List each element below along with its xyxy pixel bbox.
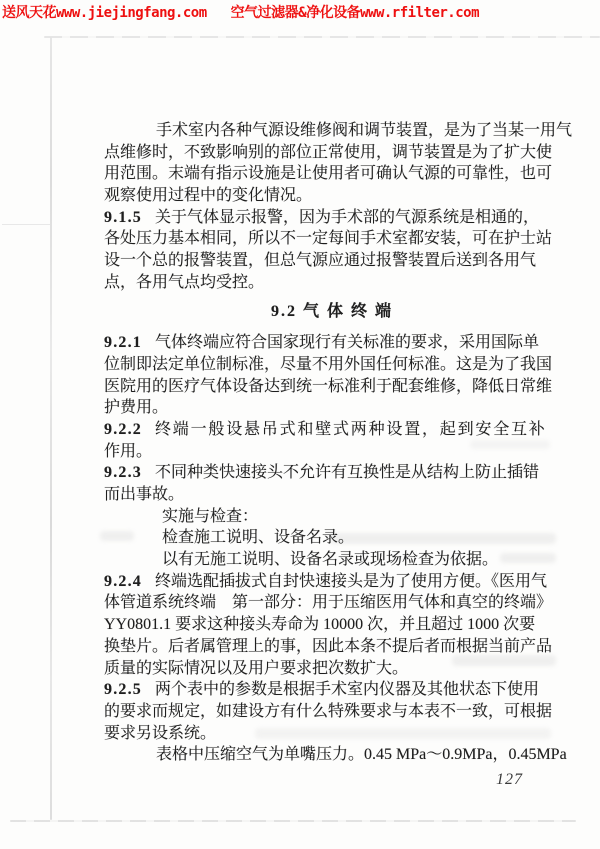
- text-line: 用范围。末端有指示设施是让使用者可确认气源的可靠性，也可: [104, 163, 560, 185]
- text-line: 9.2.2终端一般设悬吊式和壁式两种设置，起到安全互补: [104, 419, 560, 441]
- clause-number: 9.1.5: [104, 209, 142, 226]
- line-text: 用范围。末端有指示设施是让使用者可确认气源的可靠性，也可: [104, 165, 552, 182]
- text-line: 位制即法定单位制标准，尽量不用外国任何标准。这是为了我国: [104, 354, 560, 376]
- line-text: 检查施工说明、设备名录。: [162, 529, 354, 546]
- scan-top-edge-line: [44, 36, 600, 38]
- line-text: 终端一般设悬吊式和壁式两种设置，起到安全互补: [155, 421, 547, 438]
- clause-number: 9.2.1: [104, 334, 142, 351]
- line-text: 实施与检查：: [162, 508, 258, 525]
- line-text: 设一个总的报警装置，但总气源应通过报警装置后送到各用气: [104, 252, 536, 269]
- header-left-text: 送风天花www.jiejingfang.com: [2, 5, 207, 21]
- clause-paragraph: 9.2.3不同种类快速接头不允许有互换性是从结构上防止插错而出事故。: [104, 462, 560, 505]
- line-text: 位制即法定单位制标准，尽量不用外国任何标准。这是为了我国: [104, 356, 552, 373]
- line-text: 观察使用过程中的变化情况。: [104, 187, 312, 204]
- line-text: 点，各用气点均受控。: [104, 274, 264, 291]
- line-text: 的要求而规定，如建设方有什么特殊要求与本表不一致，可根据: [104, 703, 552, 720]
- text-line: 手术室内各种气源设维修阀和调节装置，是为了当某一用气: [104, 120, 560, 142]
- text-line: 点，各用气点均受控。: [104, 272, 560, 294]
- line-text: 体管道系统终端 第一部分：用于压缩医用气体和真空的终端》: [104, 594, 552, 611]
- line-text: 作用。: [104, 443, 152, 460]
- paragraph: 实施与检查：: [104, 506, 560, 528]
- line-text: 表格中压缩空气为单嘴压力。0.45 MPa～0.9MPa，0.45MPa: [156, 746, 567, 763]
- text-line: 9.2.3不同种类快速接头不允许有互换性是从结构上防止插错: [104, 462, 560, 484]
- clause-number: 9.2.5: [104, 681, 142, 698]
- scanned-document-page: 送风天花www.jiejingfang.com空气过滤器&净化设备www.rfi…: [0, 0, 600, 849]
- text-line: 要求另设系统。: [104, 723, 560, 745]
- clause-paragraph: 9.2.1气体终端应符合国家现行有关标准的要求，采用国际单位制即法定单位制标准，…: [104, 332, 560, 419]
- text-line: 检查施工说明、设备名录。: [104, 527, 560, 549]
- scan-left-tick-line: [2, 224, 50, 225]
- text-line: 以有无施工说明、设备名录或现场检查为依据。: [104, 549, 560, 571]
- text-line: YY0801.1 要求这种接头寿命为 10000 次，并且超过 1000 次要: [104, 614, 560, 636]
- text-line: 9.1.5关于气体显示报警，因为手术部的气源系统是相通的，: [104, 207, 560, 229]
- text-line: 作用。: [104, 441, 560, 463]
- text-line: 的要求而规定，如建设方有什么特殊要求与本表不一致，可根据: [104, 701, 560, 723]
- line-text: 质量的实际情况以及用户要求把次数扩大。: [104, 660, 408, 677]
- line-text: 换垫片。后者属管理上的事，因此本条不提后者而根据当前产品: [104, 638, 552, 655]
- line-text: 而出事故。: [104, 486, 184, 503]
- text-line: 9.2.1气体终端应符合国家现行有关标准的要求，采用国际单: [104, 332, 560, 354]
- text-line: 实施与检查：: [104, 506, 560, 528]
- text-line: 医院用的医疗气体设备达到统一标准利于配套维修，降低日常维: [104, 376, 560, 398]
- line-text: 不同种类快速接头不允许有互换性是从结构上防止插错: [155, 464, 539, 481]
- line-text: 要求另设系统。: [104, 725, 216, 742]
- text-line: 体管道系统终端 第一部分：用于压缩医用气体和真空的终端》: [104, 592, 560, 614]
- text-line: 护费用。: [104, 397, 560, 419]
- line-text: 手术室内各种气源设维修阀和调节装置，是为了当某一用气: [156, 122, 572, 139]
- paragraph: 手术室内各种气源设维修阀和调节装置，是为了当某一用气点维修时，不致影响别的部位正…: [104, 120, 560, 207]
- clause-paragraph: 9.2.5两个表中的参数是根据手术室内仪器及其他状态下使用的要求而规定，如建设方…: [104, 679, 560, 744]
- clause-number: 9.2.3: [104, 464, 142, 481]
- line-text: 关于气体显示报警，因为手术部的气源系统是相通的，: [155, 209, 539, 226]
- section-heading: 9.2 气 体 终 端: [104, 301, 560, 323]
- clause-number: 9.2.4: [104, 573, 142, 590]
- text-line: 观察使用过程中的变化情况。: [104, 185, 560, 207]
- paragraph: 表格中压缩空气为单嘴压力。0.45 MPa～0.9MPa，0.45MPa: [104, 744, 560, 766]
- text-line: 设一个总的报警装置，但总气源应通过报警装置后送到各用气: [104, 250, 560, 272]
- line-text: 气体终端应符合国家现行有关标准的要求，采用国际单: [155, 334, 539, 351]
- document-body: 手术室内各种气源设维修阀和调节装置，是为了当某一用气点维修时，不致影响别的部位正…: [104, 120, 560, 766]
- paragraph: 以有无施工说明、设备名录或现场检查为依据。: [104, 549, 560, 571]
- scan-bottom-edge-line: [10, 820, 576, 822]
- line-text: 各处压力基本相同，所以不一定每间手术室都安装，可在护士站: [104, 230, 552, 247]
- text-line: 质量的实际情况以及用户要求把次数扩大。: [104, 658, 560, 680]
- scan-left-crease-line: [50, 37, 52, 820]
- clause-number: 9.2.2: [104, 421, 142, 438]
- line-text: 点维修时，不致影响别的部位正常使用，调节装置是为了扩大使: [104, 144, 552, 161]
- clause-paragraph: 9.1.5关于气体显示报警，因为手术部的气源系统是相通的，各处压力基本相同，所以…: [104, 207, 560, 294]
- page-number: 127: [496, 771, 523, 789]
- clause-paragraph: 9.2.2终端一般设悬吊式和壁式两种设置，起到安全互补作用。: [104, 419, 560, 462]
- text-line: 各处压力基本相同，所以不一定每间手术室都安装，可在护士站: [104, 228, 560, 250]
- text-line: 换垫片。后者属管理上的事，因此本条不提后者而根据当前产品: [104, 636, 560, 658]
- text-line: 9.2.5两个表中的参数是根据手术室内仪器及其他状态下使用: [104, 679, 560, 701]
- header-right-text: 空气过滤器&净化设备www.rfilter.com: [231, 5, 479, 21]
- line-text: 两个表中的参数是根据手术室内仪器及其他状态下使用: [155, 681, 539, 698]
- line-text: YY0801.1 要求这种接头寿命为 10000 次，并且超过 1000 次要: [104, 616, 535, 633]
- line-text: 以有无施工说明、设备名录或现场检查为依据。: [162, 551, 498, 568]
- text-line: 而出事故。: [104, 484, 560, 506]
- line-text: 终端选配插拔式自封快速接头是为了使用方便。《医用气: [155, 573, 547, 590]
- line-text: 护费用。: [104, 399, 168, 416]
- text-line: 点维修时，不致影响别的部位正常使用，调节装置是为了扩大使: [104, 142, 560, 164]
- line-text: 医院用的医疗气体设备达到统一标准利于配套维修，降低日常维: [104, 378, 552, 395]
- text-line: 表格中压缩空气为单嘴压力。0.45 MPa～0.9MPa，0.45MPa: [104, 744, 560, 766]
- page-header: 送风天花www.jiejingfang.com空气过滤器&净化设备www.rfi…: [2, 2, 598, 22]
- paragraph: 检查施工说明、设备名录。: [104, 527, 560, 549]
- text-line: 9.2.4终端选配插拔式自封快速接头是为了使用方便。《医用气: [104, 571, 560, 593]
- clause-paragraph: 9.2.4终端选配插拔式自封快速接头是为了使用方便。《医用气体管道系统终端 第一…: [104, 571, 560, 679]
